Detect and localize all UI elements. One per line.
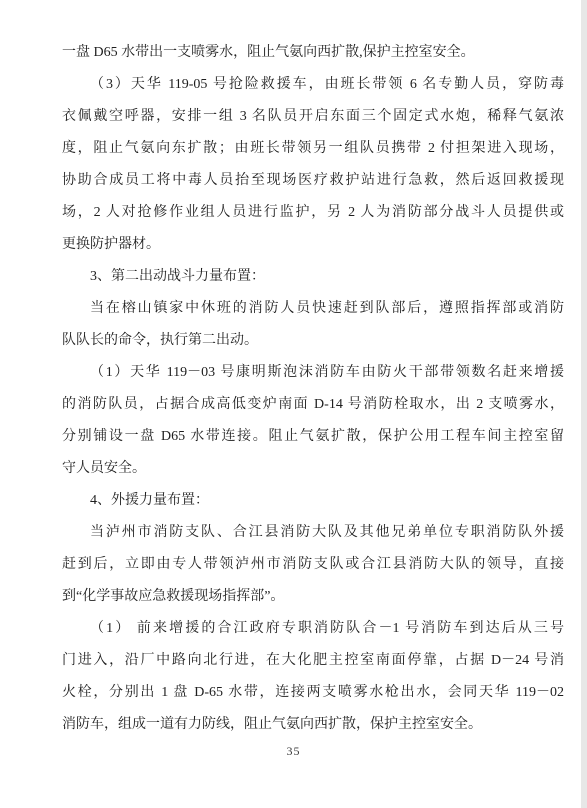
text-line: （1）天华 119－03 号康明斯泡沫消防车由防火干部带领数名赶来增援	[62, 357, 564, 389]
text-line: 当泸州市消防支队、合江县消防大队及其他兄弟单位专职消防队外援	[62, 517, 564, 549]
text-line: 当在榕山镇家中休班的消防人员快速赶到队部后，遵照指挥部或消防	[62, 293, 564, 325]
text-line: 协助合成员工将中毒人员抬至现场医疗救护站进行急救，然后返回救援现	[62, 165, 564, 197]
document-body: 一盘 D65 水带出一支喷雾水，阻止气氨向西扩散,保护主控室安全。（3）天华 1…	[62, 37, 564, 741]
text-line: 门进入，沿厂中路向北行进，在大化肥主控室南面停靠，占据 D－24 号消	[62, 645, 564, 677]
text-line: 队队长的命令，执行第二出动。	[62, 325, 564, 357]
text-line: 到“化学事故应急救援现场指挥部”。	[62, 581, 564, 613]
text-line: 3、第二出动战斗力量布置：	[62, 261, 564, 293]
text-line: 分别铺设一盘 D65 水带连接。阻止气氨扩散，保护公用工程车间主控室留	[62, 421, 564, 453]
text-line: 衣佩戴空呼器，安排一组 3 名队员开启东面三个固定式水炮，稀释气氨浓	[62, 101, 564, 133]
text-line: （3）天华 119-05 号抢险救援车，由班长带领 6 名专勤人员，穿防毒	[62, 69, 564, 101]
page-edge-shadow	[581, 0, 587, 808]
document-page: 一盘 D65 水带出一支喷雾水，阻止气氨向西扩散,保护主控室安全。（3）天华 1…	[0, 0, 587, 808]
text-line: 的消防队员，占据合成高低变炉南面 D-14 号消防栓取水，出 2 支喷雾水，	[62, 389, 564, 421]
text-line: 消防车，组成一道有力防线，阻止气氨向西扩散，保护主控室安全。	[62, 709, 564, 741]
text-line: 场，2 人对抢修作业组人员进行监护，另 2 人为消防部分战斗人员提供或	[62, 197, 564, 229]
page-number: 35	[0, 744, 587, 759]
text-line: 4、外援力量布置：	[62, 485, 564, 517]
text-line: 火栓，分别出 1 盘 D-65 水带，连接两支喷雾水枪出水，会同天华 119－0…	[62, 677, 564, 709]
text-line: 守人员安全。	[62, 453, 564, 485]
text-line: 度，阻止气氨向东扩散；由班长带领另一组队员携带 2 付担架进入现场，	[62, 133, 564, 165]
text-line: 更换防护器材。	[62, 229, 564, 261]
text-line: 赶到后，立即由专人带领泸州市消防支队或合江县消防大队的领导，直接	[62, 549, 564, 581]
text-line: （1） 前来增援的合江政府专职消防队合－1 号消防车到达后从三号	[62, 613, 564, 645]
text-line: 一盘 D65 水带出一支喷雾水，阻止气氨向西扩散,保护主控室安全。	[62, 37, 564, 69]
